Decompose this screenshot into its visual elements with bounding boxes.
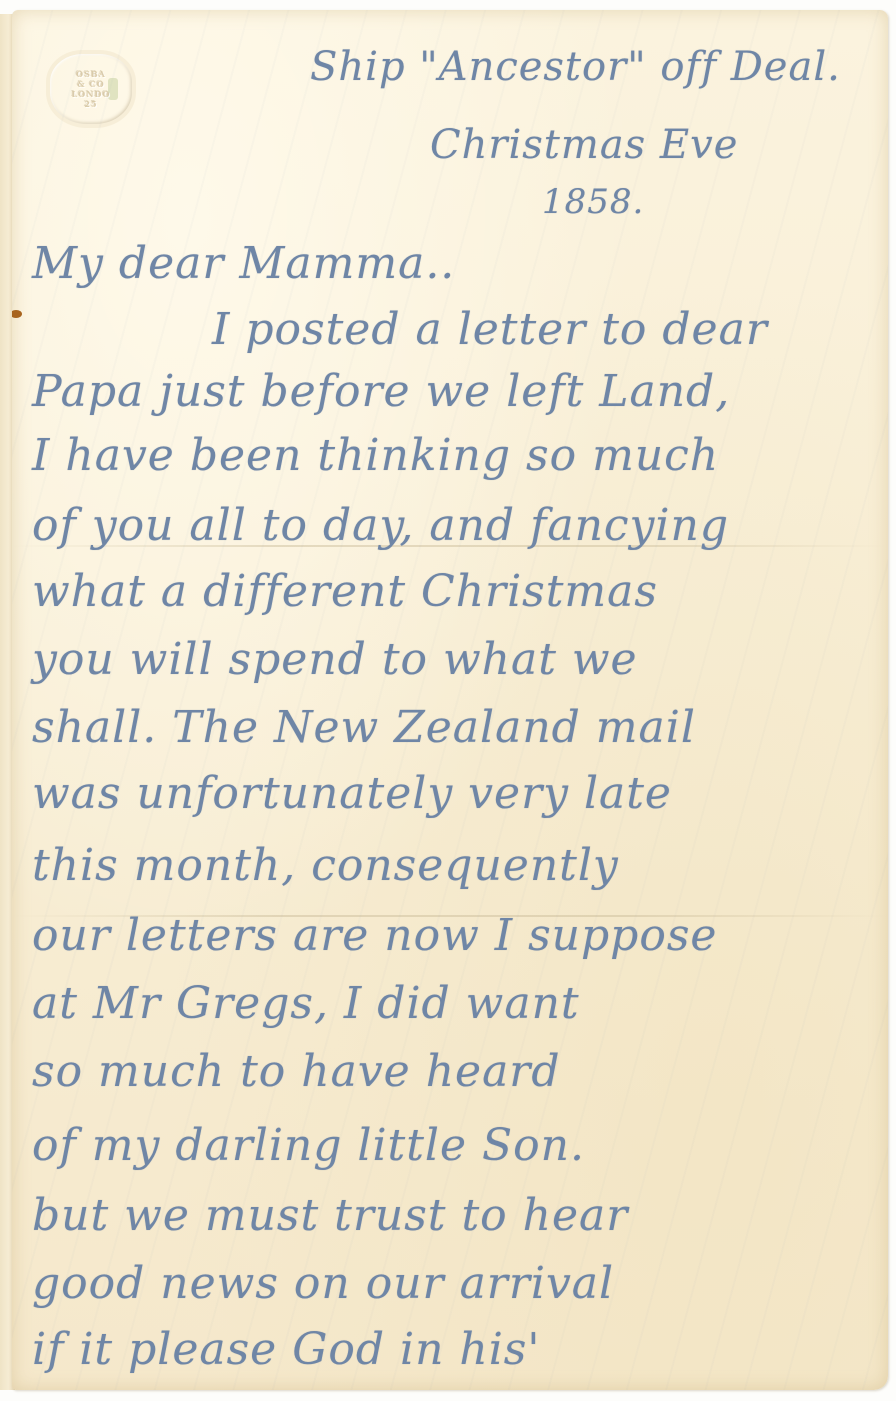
letter-line: our letters are now I suppose bbox=[32, 910, 717, 961]
letter-line: I posted a letter to dear bbox=[212, 304, 768, 355]
embossed-stationer-stamp: OSBA & CO LONDO 25 bbox=[50, 54, 132, 124]
letter-line: good news on our arrival bbox=[32, 1258, 614, 1309]
letter-line: of you all to day, and fancying bbox=[32, 500, 729, 551]
letter-page: OSBA & CO LONDO 25 Ship "Ancestor" off D… bbox=[12, 10, 888, 1390]
letter-line: so much to have heard bbox=[32, 1046, 561, 1097]
letter-year: 1858. bbox=[542, 182, 644, 222]
letter-line: if it please God in his' bbox=[32, 1324, 540, 1375]
salutation: My dear Mamma.. bbox=[32, 238, 455, 289]
stamp-text: LONDO bbox=[72, 89, 111, 99]
letter-line: I have been thinking so much bbox=[32, 430, 719, 481]
stamp-text: & CO bbox=[77, 79, 104, 89]
letter-place: Ship "Ancestor" off Deal. bbox=[310, 44, 841, 90]
letter-line: was unfortunately very late bbox=[32, 768, 672, 819]
letter-line: but we must trust to hear bbox=[32, 1190, 628, 1241]
letter-line: you will spend to what we bbox=[32, 634, 638, 685]
letter-line: Papa just before we left Land, bbox=[32, 366, 730, 417]
letter-line: at Mr Gregs, I did want bbox=[32, 978, 580, 1029]
letter-line: this month, consequently bbox=[32, 840, 619, 891]
letter-line: what a different Christmas bbox=[32, 566, 658, 617]
rust-stain bbox=[12, 310, 22, 318]
stamp-text: OSBA bbox=[76, 69, 106, 79]
stamp-text: 25 bbox=[84, 99, 97, 109]
letter-line: of my darling little Son. bbox=[32, 1120, 585, 1171]
letter-scan: OSBA & CO LONDO 25 Ship "Ancestor" off D… bbox=[0, 0, 896, 1401]
letter-occasion: Christmas Eve bbox=[430, 122, 738, 168]
letter-line: shall. The New Zealand mail bbox=[32, 702, 696, 753]
